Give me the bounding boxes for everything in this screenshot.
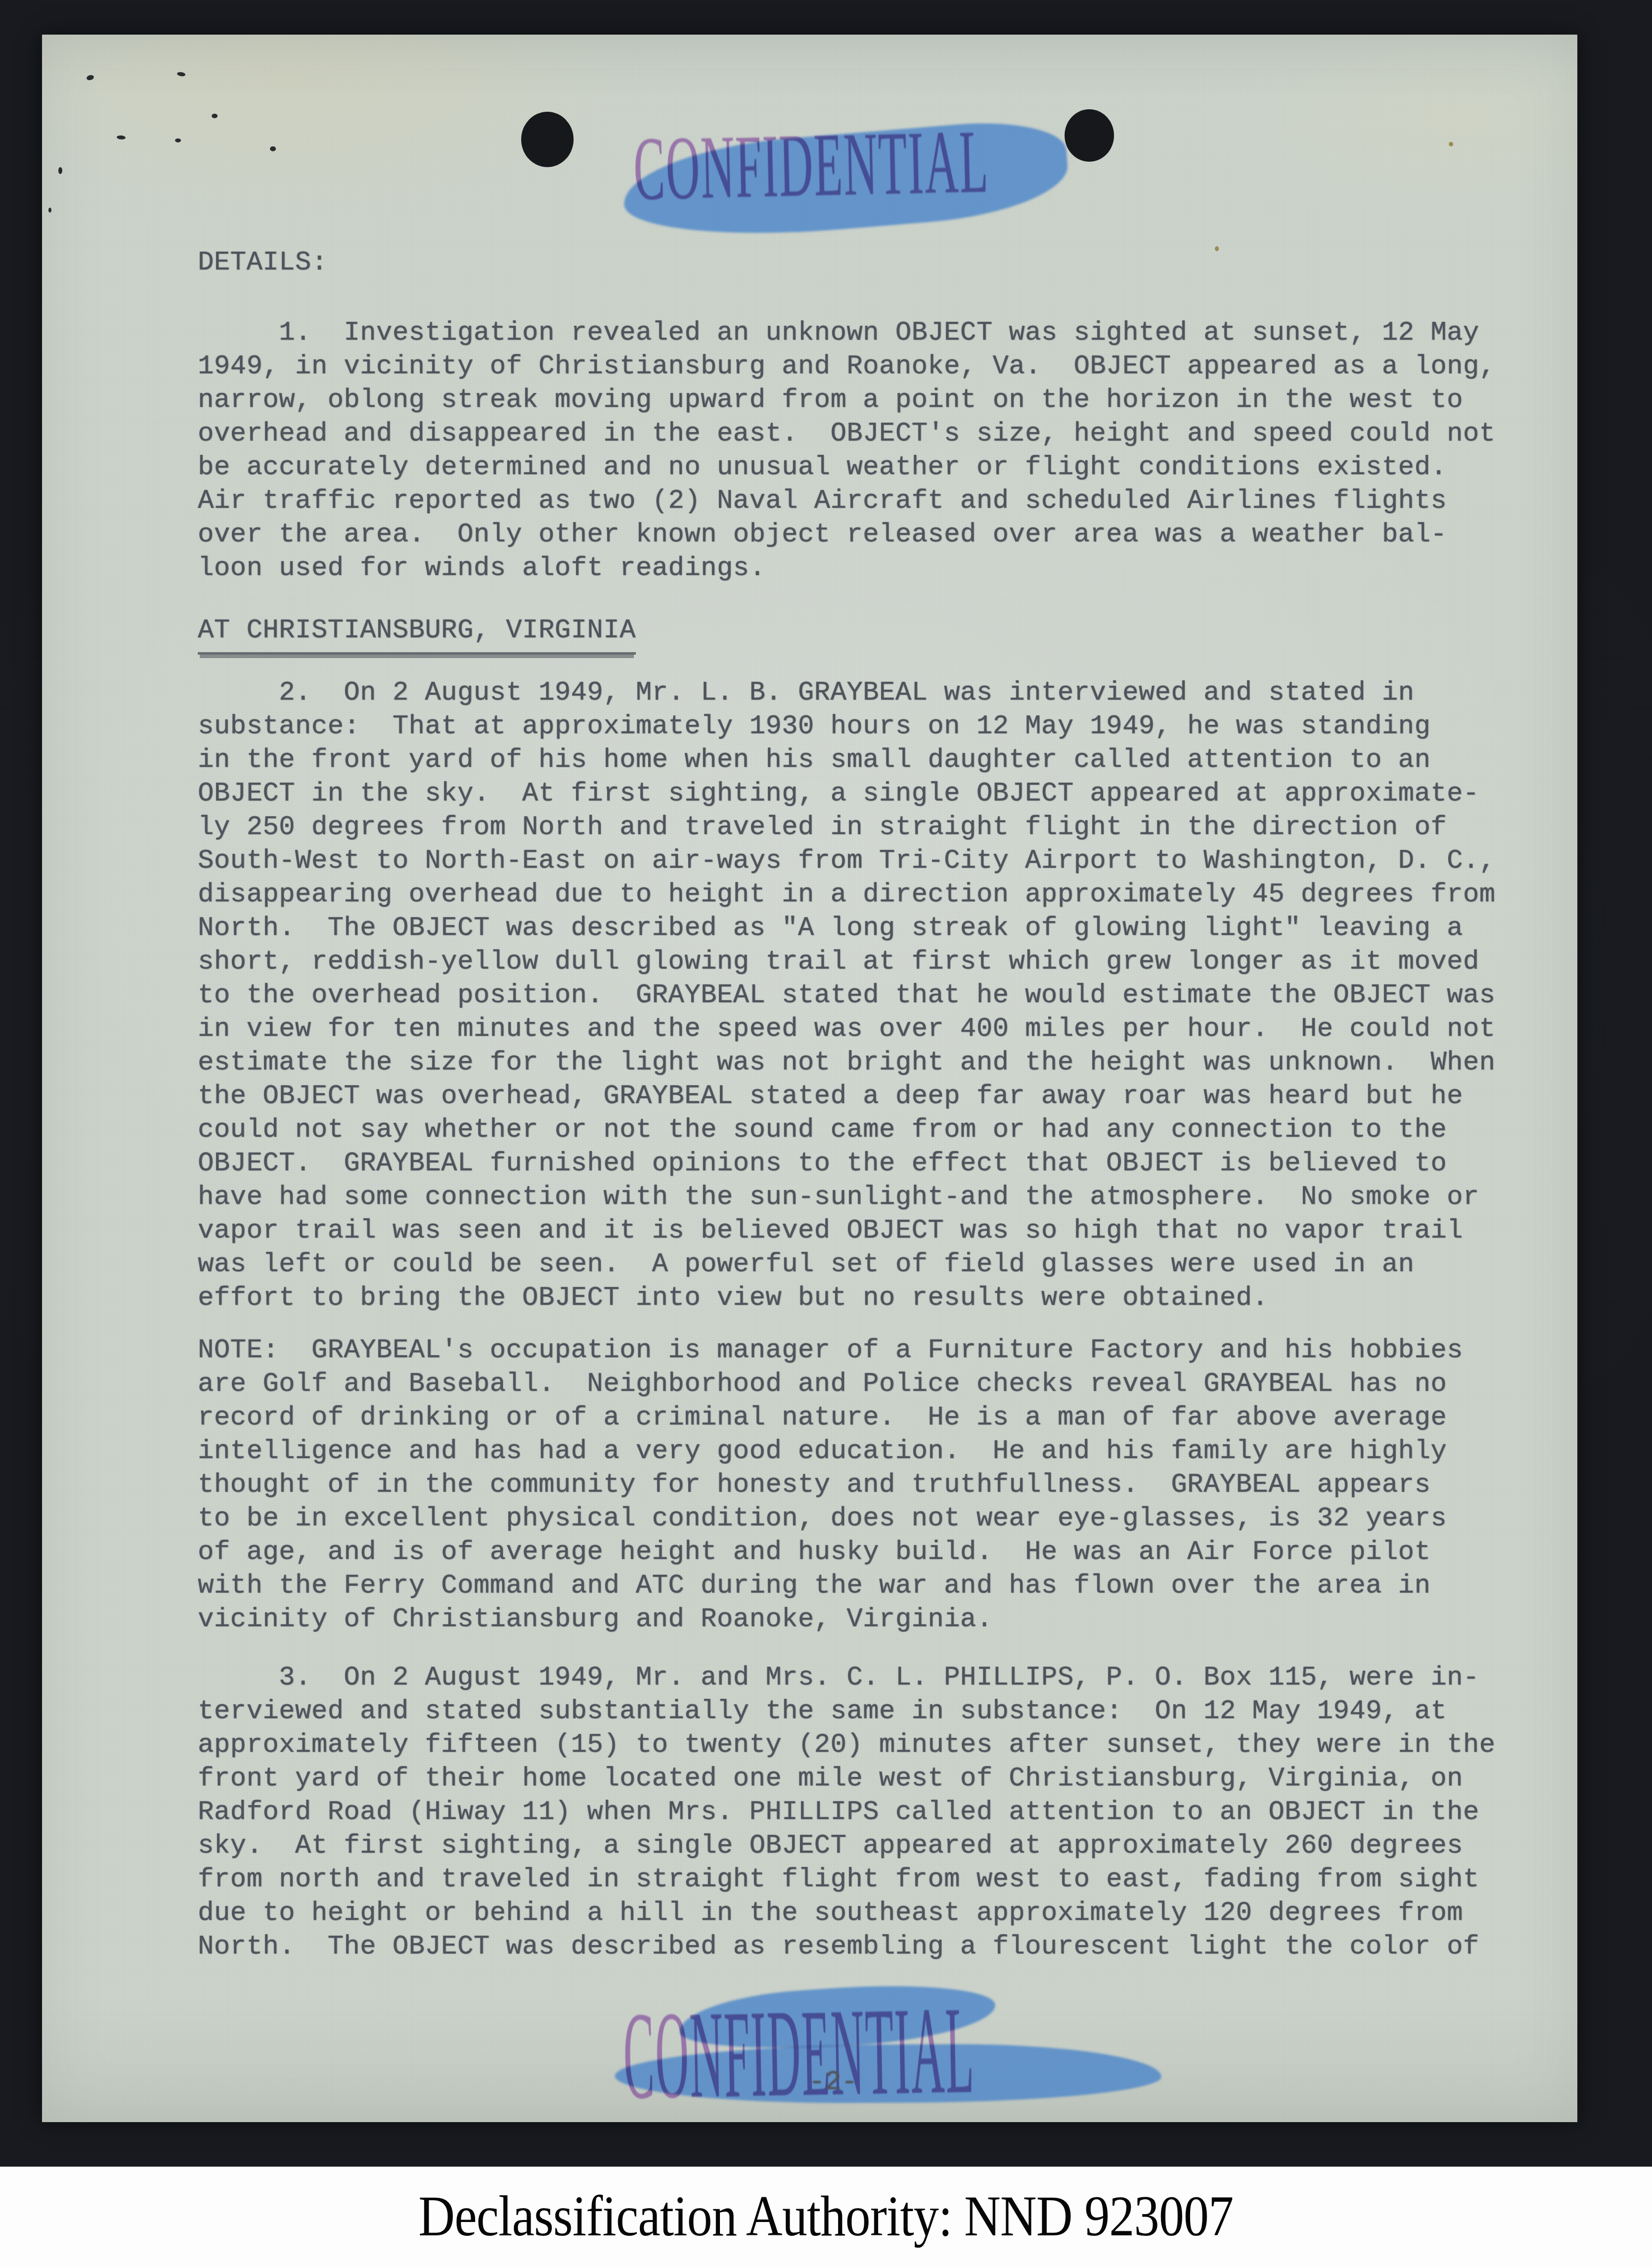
section-heading: AT CHRISTIANSBURG, VIRGINIA [198,614,636,655]
page-number: -2- [794,2066,873,2099]
declassification-text: Declassification Authority: NND 923007 [419,2184,1234,2250]
paragraph-1: 1. Investigation revealed an unknown OBJ… [198,316,1495,585]
ink-speck [58,167,62,174]
ink-speck [86,74,94,81]
ink-speck [270,146,276,151]
hole-punch-left [521,112,574,167]
note-paragraph: NOTE: GRAYBEAL's occupation is manager o… [198,1334,1463,1637]
paper-stain-speck [1215,246,1219,251]
paper-stain-speck [1449,142,1453,146]
ink-speck [175,138,181,142]
ink-speck [48,208,51,213]
ink-speck [117,135,126,140]
paragraph-2: 2. On 2 August 1949, Mr. L. B. GRAYBEAL … [198,676,1495,1315]
scan-backdrop: CONFIDENTIAL DETAILS: 1. Investigation r… [0,0,1652,2167]
confidential-stamp-top: CONFIDENTIAL [633,115,1090,243]
paragraph-3: 3. On 2 August 1949, Mr. and Mrs. C. L. … [198,1661,1495,1964]
declassification-band: Declassification Authority: NND 923007 [0,2167,1652,2267]
confidential-stamp-bottom: CONFIDENTIAL [620,1984,1206,2133]
details-heading: DETAILS: [198,246,327,280]
section-heading-text: AT CHRISTIANSBURG, VIRGINIA [198,614,636,655]
document-page: CONFIDENTIAL DETAILS: 1. Investigation r… [42,35,1577,2122]
ink-speck [212,114,218,118]
ink-speck [177,72,186,77]
